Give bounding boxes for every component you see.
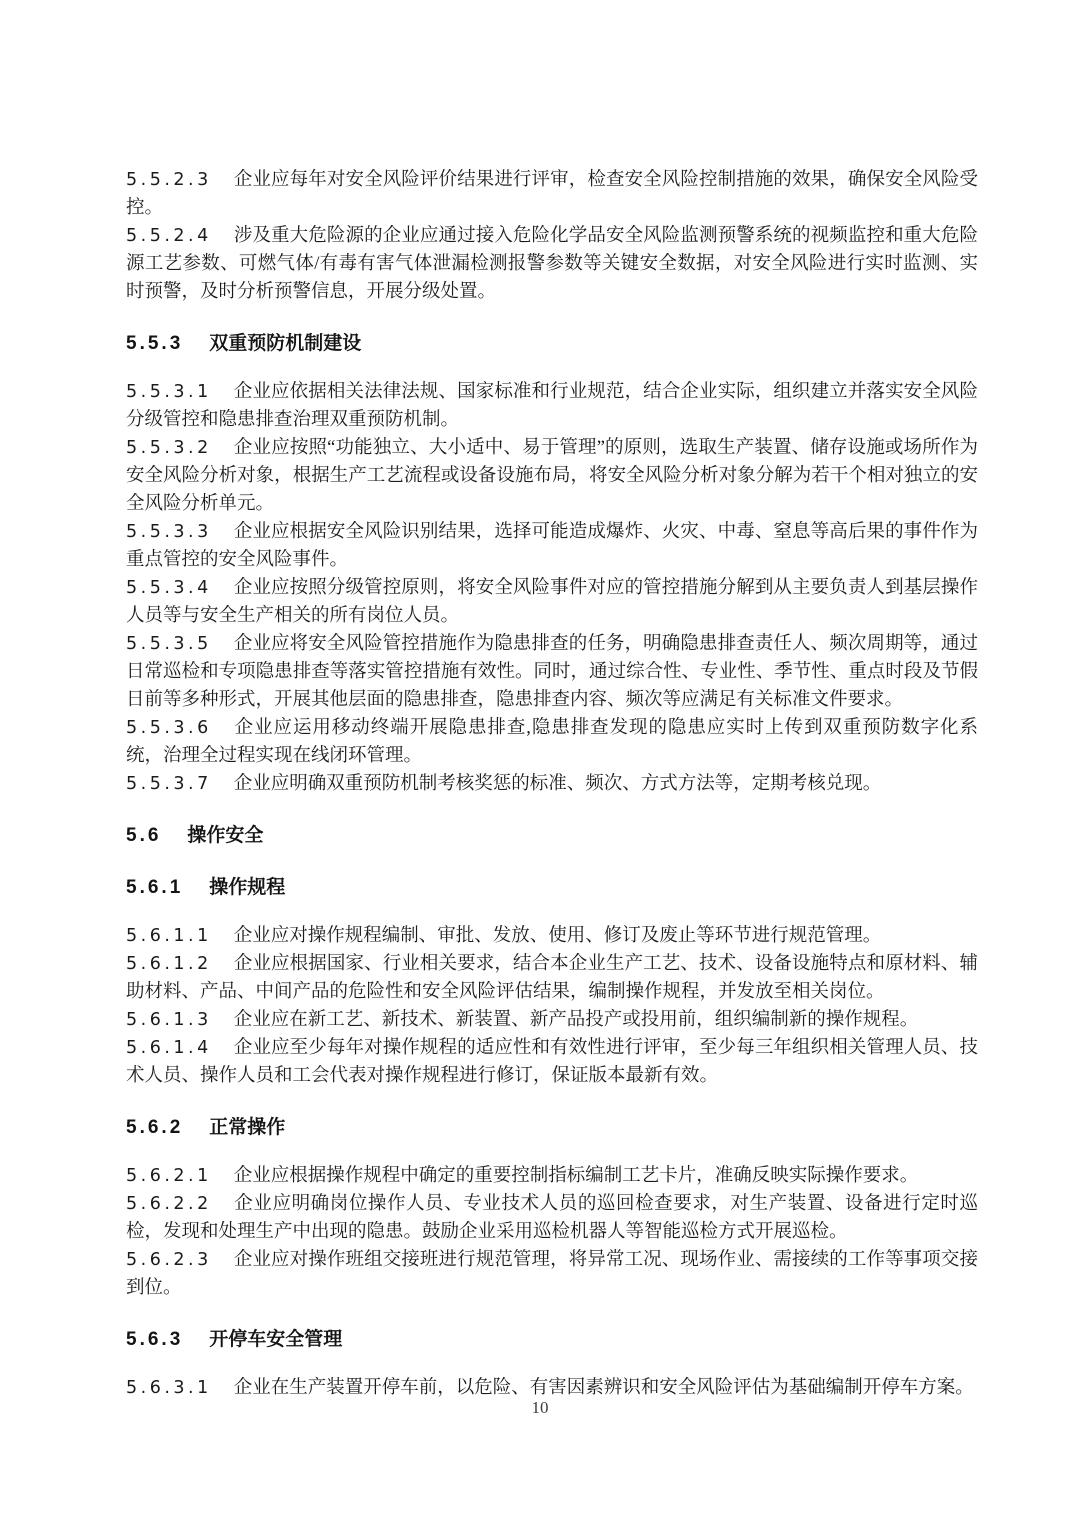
clause-number: 5.5.3.4 bbox=[126, 578, 212, 598]
document-page: 5.5.2.3企业应每年对安全风险评价结果进行评审，检查安全风险控制措施的效果，… bbox=[0, 0, 1080, 1527]
clause-number: 5.6.3.1 bbox=[126, 1378, 212, 1398]
clause-5-5-3-7: 5.5.3.7企业应明确双重预防机制考核奖惩的标准、频次、方式方法等，定期考核兑… bbox=[126, 770, 978, 798]
clause-text: 企业应每年对安全风险评价结果进行评审，检查安全风险控制措施的效果，确保安全风险受… bbox=[126, 170, 978, 218]
heading-number: 5.6.3 bbox=[126, 1329, 183, 1350]
clause-number: 5.6.2.2 bbox=[126, 1194, 212, 1214]
heading-number: 5.6 bbox=[126, 825, 161, 846]
clause-number: 5.5.2.4 bbox=[126, 226, 212, 246]
clause-number: 5.5.2.3 bbox=[126, 170, 212, 190]
clause-text: 企业应在新工艺、新技术、新装置、新产品投产或投用前，组织编制新的操作规程。 bbox=[234, 1010, 919, 1030]
clause-text: 企业应根据操作规程中确定的重要控制指标编制工艺卡片，准确反映实际操作要求。 bbox=[234, 1166, 919, 1186]
clause-text: 企业应对操作规程编制、审批、发放、使用、修订及废止等环节进行规范管理。 bbox=[234, 926, 882, 946]
clause-5-5-3-6: 5.5.3.6企业应运用移动终端开展隐患排查,隐患排查发现的隐患应实时上传到双重… bbox=[126, 714, 978, 770]
page-footer: 10 bbox=[0, 1398, 1080, 1418]
clause-number: 5.5.3.6 bbox=[126, 718, 212, 738]
heading-number: 5.6.1 bbox=[126, 877, 183, 898]
clause-5-5-3-2: 5.5.3.2企业应按照“功能独立、大小适中、易于管理”的原则，选取生产装置、储… bbox=[126, 434, 978, 518]
clause-number: 5.5.3.7 bbox=[126, 774, 212, 794]
clause-number: 5.6.2.3 bbox=[126, 1250, 212, 1270]
heading-text: 开停车安全管理 bbox=[209, 1329, 342, 1350]
clause-5-6-2-1: 5.6.2.1企业应根据操作规程中确定的重要控制指标编制工艺卡片，准确反映实际操… bbox=[126, 1162, 978, 1190]
clause-text: 企业应按照分级管控原则，将安全风险事件对应的管控措施分解到从主要负责人到基层操作… bbox=[126, 578, 978, 626]
clause-text: 企业应按照“功能独立、大小适中、易于管理”的原则，选取生产装置、储存设施或场所作… bbox=[126, 438, 978, 514]
clause-number: 5.5.3.1 bbox=[126, 382, 212, 402]
clause-text: 企业应将安全风险管控措施作为隐患排查的任务，明确隐患排查责任人、频次周期等，通过… bbox=[126, 634, 978, 710]
clause-number: 5.5.3.2 bbox=[126, 438, 212, 458]
clause-5-5-2-3: 5.5.2.3企业应每年对安全风险评价结果进行评审，检查安全风险控制措施的效果，… bbox=[126, 166, 978, 222]
clause-5-5-2-4: 5.5.2.4涉及重大危险源的企业应通过接入危险化学品安全风险监测预警系统的视频… bbox=[126, 222, 978, 306]
clause-5-6-2-2: 5.6.2.2企业应明确岗位操作人员、专业技术人员的巡回检查要求，对生产装置、设… bbox=[126, 1190, 978, 1246]
clause-5-5-3-4: 5.5.3.4企业应按照分级管控原则，将安全风险事件对应的管控措施分解到从主要负… bbox=[126, 574, 978, 630]
heading-text: 双重预防机制建设 bbox=[209, 333, 361, 354]
clause-text: 企业应明确岗位操作人员、专业技术人员的巡回检查要求，对生产装置、设备进行定时巡检… bbox=[126, 1194, 978, 1242]
clause-text: 企业应对操作班组交接班进行规范管理，将异常工况、现场作业、需接续的工作等事项交接… bbox=[126, 1250, 978, 1298]
section-heading-5-6: 5.6操作安全 bbox=[126, 822, 978, 850]
clause-5-6-2-3: 5.6.2.3企业应对操作班组交接班进行规范管理，将异常工况、现场作业、需接续的… bbox=[126, 1246, 978, 1302]
heading-text: 正常操作 bbox=[209, 1117, 285, 1138]
clause-text: 企业在生产装置开停车前，以危险、有害因素辨识和安全风险评估为基础编制开停车方案。 bbox=[234, 1378, 974, 1398]
section-heading-5-6-1: 5.6.1操作规程 bbox=[126, 874, 978, 902]
section-heading-5-6-3: 5.6.3开停车安全管理 bbox=[126, 1326, 978, 1354]
heading-text: 操作规程 bbox=[209, 877, 285, 898]
clause-text: 涉及重大危险源的企业应通过接入危险化学品安全风险监测预警系统的视频监控和重大危险… bbox=[126, 226, 978, 302]
clause-text: 企业应至少每年对操作规程的适应性和有效性进行评审，至少每三年组织相关管理人员、技… bbox=[126, 1038, 978, 1086]
clause-number: 5.5.3.3 bbox=[126, 522, 212, 542]
section-heading-5-5-3: 5.5.3双重预防机制建设 bbox=[126, 330, 978, 358]
clause-text: 企业应根据安全风险识别结果，选择可能造成爆炸、火灾、中毒、窒息等高后果的事件作为… bbox=[126, 522, 978, 570]
clause-number: 5.6.1.4 bbox=[126, 1038, 212, 1058]
clause-text: 企业应依据相关法律法规、国家标准和行业规范，结合企业实际，组织建立并落实安全风险… bbox=[126, 382, 978, 430]
clause-text: 企业应运用移动终端开展隐患排查,隐患排查发现的隐患应实时上传到双重预防数字化系统… bbox=[126, 718, 978, 766]
page-number: 10 bbox=[532, 1398, 549, 1417]
clause-5-5-3-3: 5.5.3.3企业应根据安全风险识别结果，选择可能造成爆炸、火灾、中毒、窒息等高… bbox=[126, 518, 978, 574]
clause-text: 企业应明确双重预防机制考核奖惩的标准、频次、方式方法等，定期考核兑现。 bbox=[234, 774, 882, 794]
clause-5-6-1-2: 5.6.1.2企业应根据国家、行业相关要求，结合本企业生产工艺、技术、设备设施特… bbox=[126, 950, 978, 1006]
clause-number: 5.5.3.5 bbox=[126, 634, 212, 654]
clause-5-6-1-4: 5.6.1.4企业应至少每年对操作规程的适应性和有效性进行评审，至少每三年组织相… bbox=[126, 1034, 978, 1090]
clause-5-6-1-3: 5.6.1.3企业应在新工艺、新技术、新装置、新产品投产或投用前，组织编制新的操… bbox=[126, 1006, 978, 1034]
clause-text: 企业应根据国家、行业相关要求，结合本企业生产工艺、技术、设备设施特点和原材料、辅… bbox=[126, 954, 978, 1002]
section-heading-5-6-2: 5.6.2正常操作 bbox=[126, 1114, 978, 1142]
clause-5-5-3-5: 5.5.3.5企业应将安全风险管控措施作为隐患排查的任务，明确隐患排查责任人、频… bbox=[126, 630, 978, 714]
clause-5-5-3-1: 5.5.3.1企业应依据相关法律法规、国家标准和行业规范，结合企业实际，组织建立… bbox=[126, 378, 978, 434]
heading-number: 5.6.2 bbox=[126, 1117, 183, 1138]
heading-text: 操作安全 bbox=[187, 825, 263, 846]
clause-5-6-1-1: 5.6.1.1企业应对操作规程编制、审批、发放、使用、修订及废止等环节进行规范管… bbox=[126, 922, 978, 950]
document-body: 5.5.2.3企业应每年对安全风险评价结果进行评审，检查安全风险控制措施的效果，… bbox=[126, 166, 978, 1402]
clause-number: 5.6.1.3 bbox=[126, 1010, 212, 1030]
heading-number: 5.5.3 bbox=[126, 333, 183, 354]
clause-number: 5.6.2.1 bbox=[126, 1166, 212, 1186]
clause-number: 5.6.1.1 bbox=[126, 926, 212, 946]
clause-number: 5.6.1.2 bbox=[126, 954, 212, 974]
